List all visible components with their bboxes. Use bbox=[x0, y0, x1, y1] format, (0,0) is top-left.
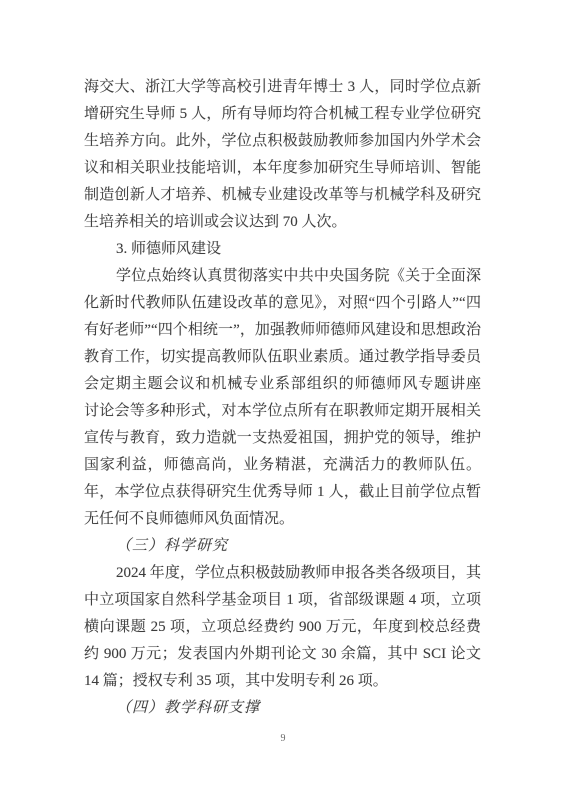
text-line: 无任何不良师德师风负面情况。 bbox=[84, 506, 481, 533]
text-line: 讨论会等多种形式，对本学位点所有在职教师定期开展相关 bbox=[84, 398, 481, 425]
page-number: 9 bbox=[0, 733, 566, 744]
text-line: 14 篇；授权专利 35 项，其中发明专利 26 项。 bbox=[84, 668, 481, 695]
text-line: 化新时代教师队伍建设改革的意见》，对照“四个引路人”“四 bbox=[84, 290, 481, 317]
text-line: 学位点始终认真贯彻落实中共中央国务院《关于全面深 bbox=[84, 263, 481, 290]
text-line: （三）科学研究 bbox=[84, 533, 481, 560]
text-line: 有好老师”“四个相统一”，加强教师师德师风建设和思想政治 bbox=[84, 317, 481, 344]
text-line: 年，本学位点获得研究生优秀导师 1 人，截止目前学位点暂 bbox=[84, 479, 481, 506]
text-line: 2024 年度，学位点积极鼓励教师申报各类各级项目，其 bbox=[84, 560, 481, 587]
text-line: 会定期主题会议和机械专业系部组织的师德师风专题讲座 bbox=[84, 371, 481, 398]
text-line: 约 900 万元；发表国内外期刊论文 30 余篇，其中 SCI 论文 bbox=[84, 641, 481, 668]
text-line: （四）教学科研支撑 bbox=[84, 695, 481, 722]
text-line: 中立项国家自然科学基金项目 1 项，省部级课题 4 项，立项 bbox=[84, 587, 481, 614]
text-line: 国家利益，师德高尚，业务精湛，充满活力的教师队伍。2024 bbox=[84, 452, 481, 479]
text-line: 制造创新人才培养、机械专业建设改革等与机械学科及研究 bbox=[84, 182, 481, 209]
text-line: 3. 师德师风建设 bbox=[84, 236, 481, 263]
document-text: 海交大、浙江大学等高校引进青年博士 3 人，同时学位点新增研究生导师 5 人，所… bbox=[84, 74, 481, 722]
text-line: 生培养方向。此外，学位点积极鼓励教师参加国内外学术会 bbox=[84, 128, 481, 155]
text-line: 横向课题 25 项，立项总经费约 900 万元，年度到校总经费 bbox=[84, 614, 481, 641]
text-line: 教育工作，切实提高教师队伍职业素质。通过教学指导委员 bbox=[84, 344, 481, 371]
text-line: 海交大、浙江大学等高校引进青年博士 3 人，同时学位点新 bbox=[84, 74, 481, 101]
text-line: 宣传与教育，致力造就一支热爱祖国，拥护党的领导，维护 bbox=[84, 425, 481, 452]
document-page: 海交大、浙江大学等高校引进青年博士 3 人，同时学位点新增研究生导师 5 人，所… bbox=[0, 0, 566, 800]
text-line: 生培养相关的培训或会议达到 70 人次。 bbox=[84, 209, 481, 236]
text-line: 议和相关职业技能培训，本年度参加研究生导师培训、智能 bbox=[84, 155, 481, 182]
text-line: 增研究生导师 5 人，所有导师均符合机械工程专业学位研究 bbox=[84, 101, 481, 128]
